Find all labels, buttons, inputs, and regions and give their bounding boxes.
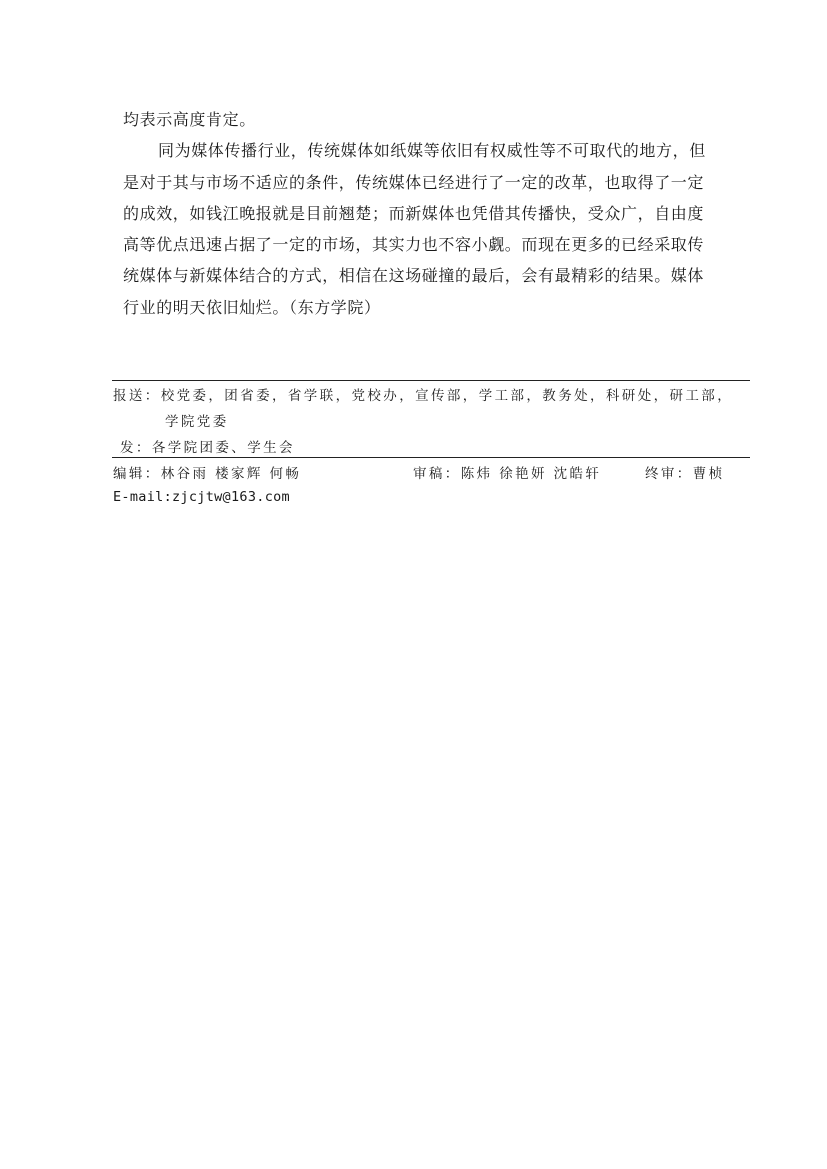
editors-names: 林谷雨 楼家辉 何畅 <box>161 466 302 482</box>
reviewers-names: 陈炜 徐艳妍 沈皓轩 <box>461 466 602 482</box>
reviewers-label: 审稿： <box>413 466 461 482</box>
distribute-to-recipients: 各学院团委、学生会 <box>152 440 295 456</box>
report-to-label: 报送： <box>113 388 161 404</box>
paragraph-continuation: 均表示高度肯定。 <box>123 104 713 135</box>
paragraph-media-industry: 同为媒体传播行业，传统媒体如纸媒等依旧有权威性等不可取代的地方，但 是对于其与市… <box>123 135 713 323</box>
editors-line: 编辑：林谷雨 楼家辉 何畅 <box>113 462 301 482</box>
footer-top-divider <box>112 380 750 381</box>
distribute-to-label: 发： <box>120 440 152 456</box>
editors-label: 编辑： <box>113 466 161 482</box>
footer-middle-divider <box>112 457 750 458</box>
text-line: 均表示高度肯定。 <box>123 110 256 129</box>
text-line: 统媒体与新媒体结合的方式，相信在这场碰撞的最后，会有最精彩的结果。媒体 <box>123 266 704 285</box>
final-review-label: 终审： <box>645 466 693 482</box>
report-to-recipients: 校党委，团省委，省学联，党校办，宣传部，学工部，教务处，科研处，研工部， <box>161 388 733 404</box>
final-review-line: 终审：曹桢 <box>645 462 725 482</box>
text-line: 是对于其与市场不适应的条件，传统媒体已经进行了一定的改革，也取得了一定 <box>123 173 704 192</box>
report-to-recipients-cont: 学院党委 <box>165 414 229 430</box>
text-line: 的成效，如钱江晚报就是目前翘楚；而新媒体也凭借其传播快，受众广，自由度 <box>123 204 704 223</box>
report-to-line: 报送：校党委，团省委，省学联，党校办，宣传部，学工部，教务处，科研处，研工部， <box>113 384 733 404</box>
text-line: 同为媒体传播行业，传统媒体如纸媒等依旧有权威性等不可取代的地方，但 <box>158 141 706 160</box>
final-review-names: 曹桢 <box>693 466 725 482</box>
text-line: 行业的明天依旧灿烂。（东方学院） <box>123 298 381 317</box>
contact-email: E-mail:zjcjtw@163.com <box>113 489 290 505</box>
reviewers-line: 审稿：陈炜 徐艳妍 沈皓轩 <box>413 462 601 482</box>
article-body: 均表示高度肯定。 同为媒体传播行业，传统媒体如纸媒等依旧有权威性等不可取代的地方… <box>123 104 713 323</box>
text-line: 高等优点迅速占据了一定的市场，其实力也不容小觑。而现在更多的已经采取传 <box>123 235 704 254</box>
report-to-line-continued: 学院党委 <box>165 410 229 430</box>
distribute-to-line: 发：各学院团委、学生会 <box>120 436 295 456</box>
